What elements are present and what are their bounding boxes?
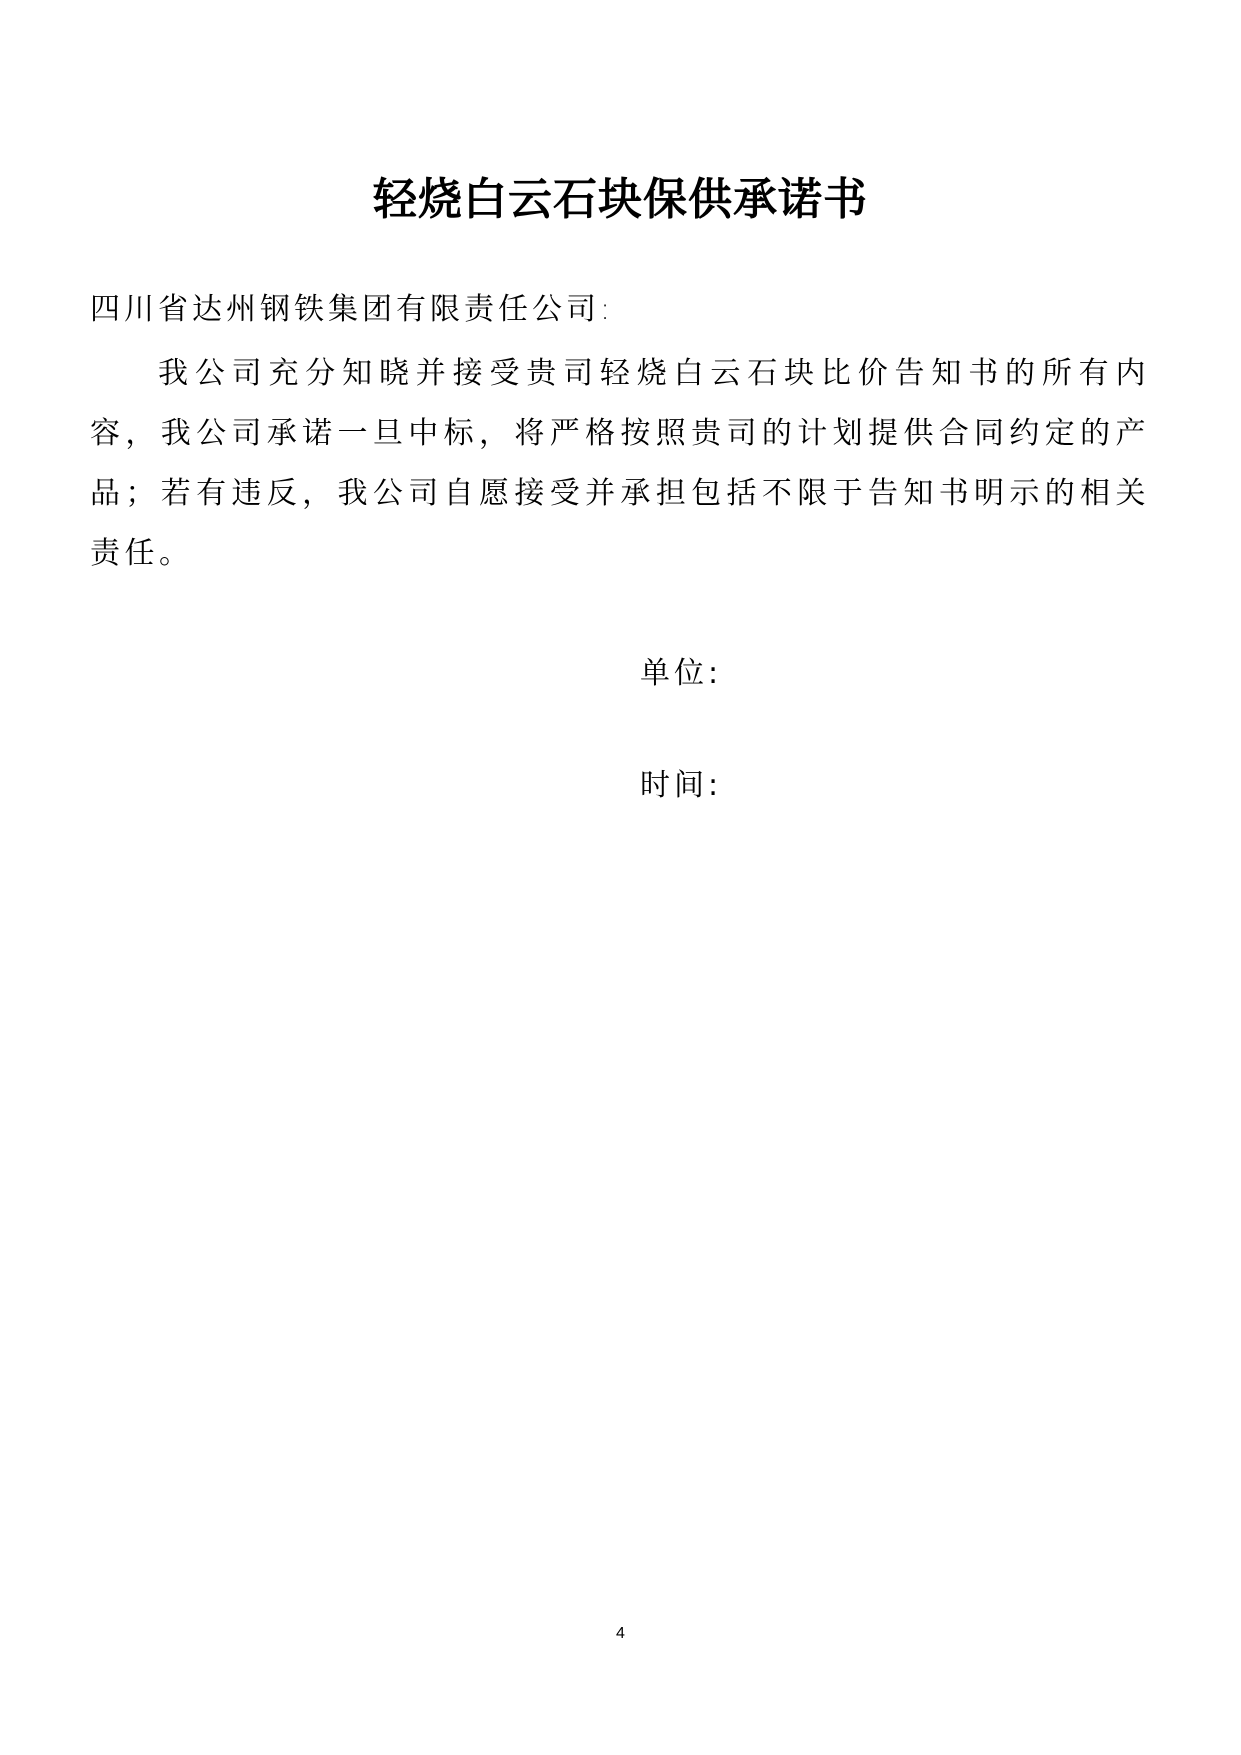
addressee: 四川省达州钢铁集团有限责任公司: (90, 288, 614, 332)
commitment-paragraph: 我公司充分知晓并接受贵司轻烧白云石块比价告知书的所有内容，我公司承诺一旦中标，将… (90, 344, 1150, 584)
signature-time-label: 时间: (640, 764, 722, 808)
document-title: 轻烧白云石块保供承诺书 (0, 170, 1241, 230)
page-number: 4 (0, 1622, 1241, 1646)
signature-unit-label: 单位: (640, 652, 722, 696)
document-page: 轻烧白云石块保供承诺书 四川省达州钢铁集团有限责任公司: 我公司充分知晓并接受贵… (0, 0, 1241, 1755)
